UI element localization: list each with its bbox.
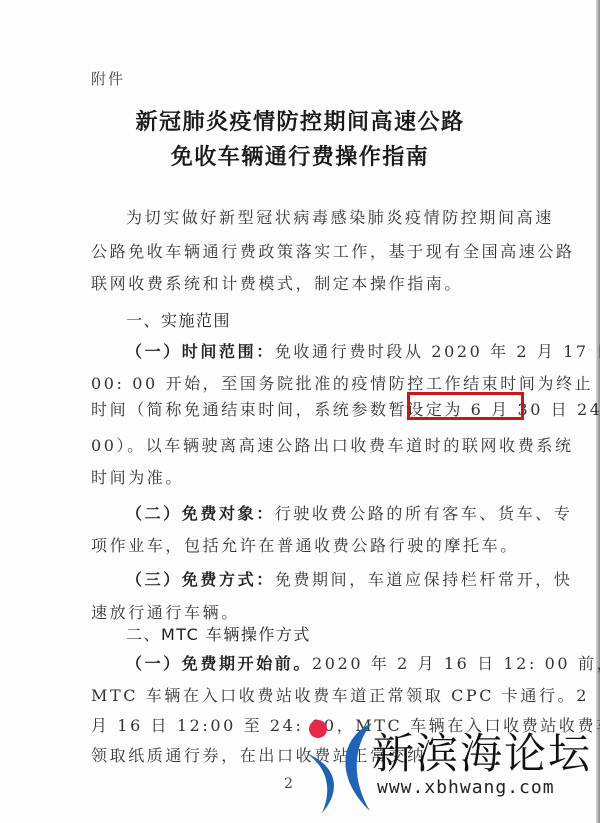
watermark-url: www.xbhwang.com [377,777,555,798]
section-heading-mtc: 二、MTC 车辆操作方式 [126,622,311,645]
intro-line-1: 为切实做好新型冠状病毒感染肺炎疫情防控期间高速 [126,208,522,228]
forum-logo-icon [300,715,380,815]
time-range-label: （一）时间范围： [126,342,275,361]
time-range-line-4: 00）。以车辆驶离高速公路出口收费车道时的联网收费系统 [91,436,521,456]
attachment-label: 附件 [91,68,125,89]
highlight-box-end-date [407,392,524,420]
intro-line-2: 公路免收车辆通行费政策落实工作，基于现有全国高速公路 [91,242,521,262]
before-free-line-2: MTC 车辆在入口收费站收费车道正常领取 CPC 卡通行。2 [91,686,521,706]
intro-line-3: 联网收费系统和计费模式，制定本操作指南。 [91,274,521,294]
free-method-text: 免费期间，车道应保持栏杆常开，快 [275,570,573,589]
free-target-label: （二）免费对象： [126,504,275,523]
time-range-line-5: 时间为准。 [91,468,521,488]
time-range-line-2: 00: 00 开始，至国务院批准的疫情防控工作结束时间为终止 [91,374,521,394]
page-number: 2 [284,776,293,792]
before-free-label: （一）免费期开始前。 [126,654,312,673]
watermark: 新滨海论坛 www.xbhwang.com [300,715,600,823]
document-title-line-2: 免收车辆通行费操作指南 [0,140,600,171]
section-heading-scope: 一、实施范围 [126,308,231,331]
document-title-line-1: 新冠肺炎疫情防控期间高速公路 [0,105,600,136]
time-range-text: 免收通行费时段从 2020 年 2 月 17 日 [275,342,600,361]
free-method-line-2: 速放行通行车辆。 [91,603,521,623]
time-range-line-1: （一）时间范围：免收通行费时段从 2020 年 2 月 17 日 [126,342,522,362]
free-target-line-1: （二）免费对象：行驶收费公路的所有客车、货车、专 [126,504,522,524]
free-target-text: 行驶收费公路的所有客车、货车、专 [275,504,573,523]
watermark-forum-name: 新滨海论坛 [372,721,592,781]
before-free-text: 2020 年 2 月 16 日 12: 00 前， [312,654,600,673]
free-target-line-2: 项作业车，包括允许在普通收费公路行驶的摩托车。 [91,536,521,556]
free-method-line-1: （三）免费方式：免费期间，车道应保持栏杆常开，快 [126,570,522,590]
before-free-line-1: （一）免费期开始前。2020 年 2 月 16 日 12: 00 前， [126,654,522,674]
free-method-label: （三）免费方式： [126,570,275,589]
